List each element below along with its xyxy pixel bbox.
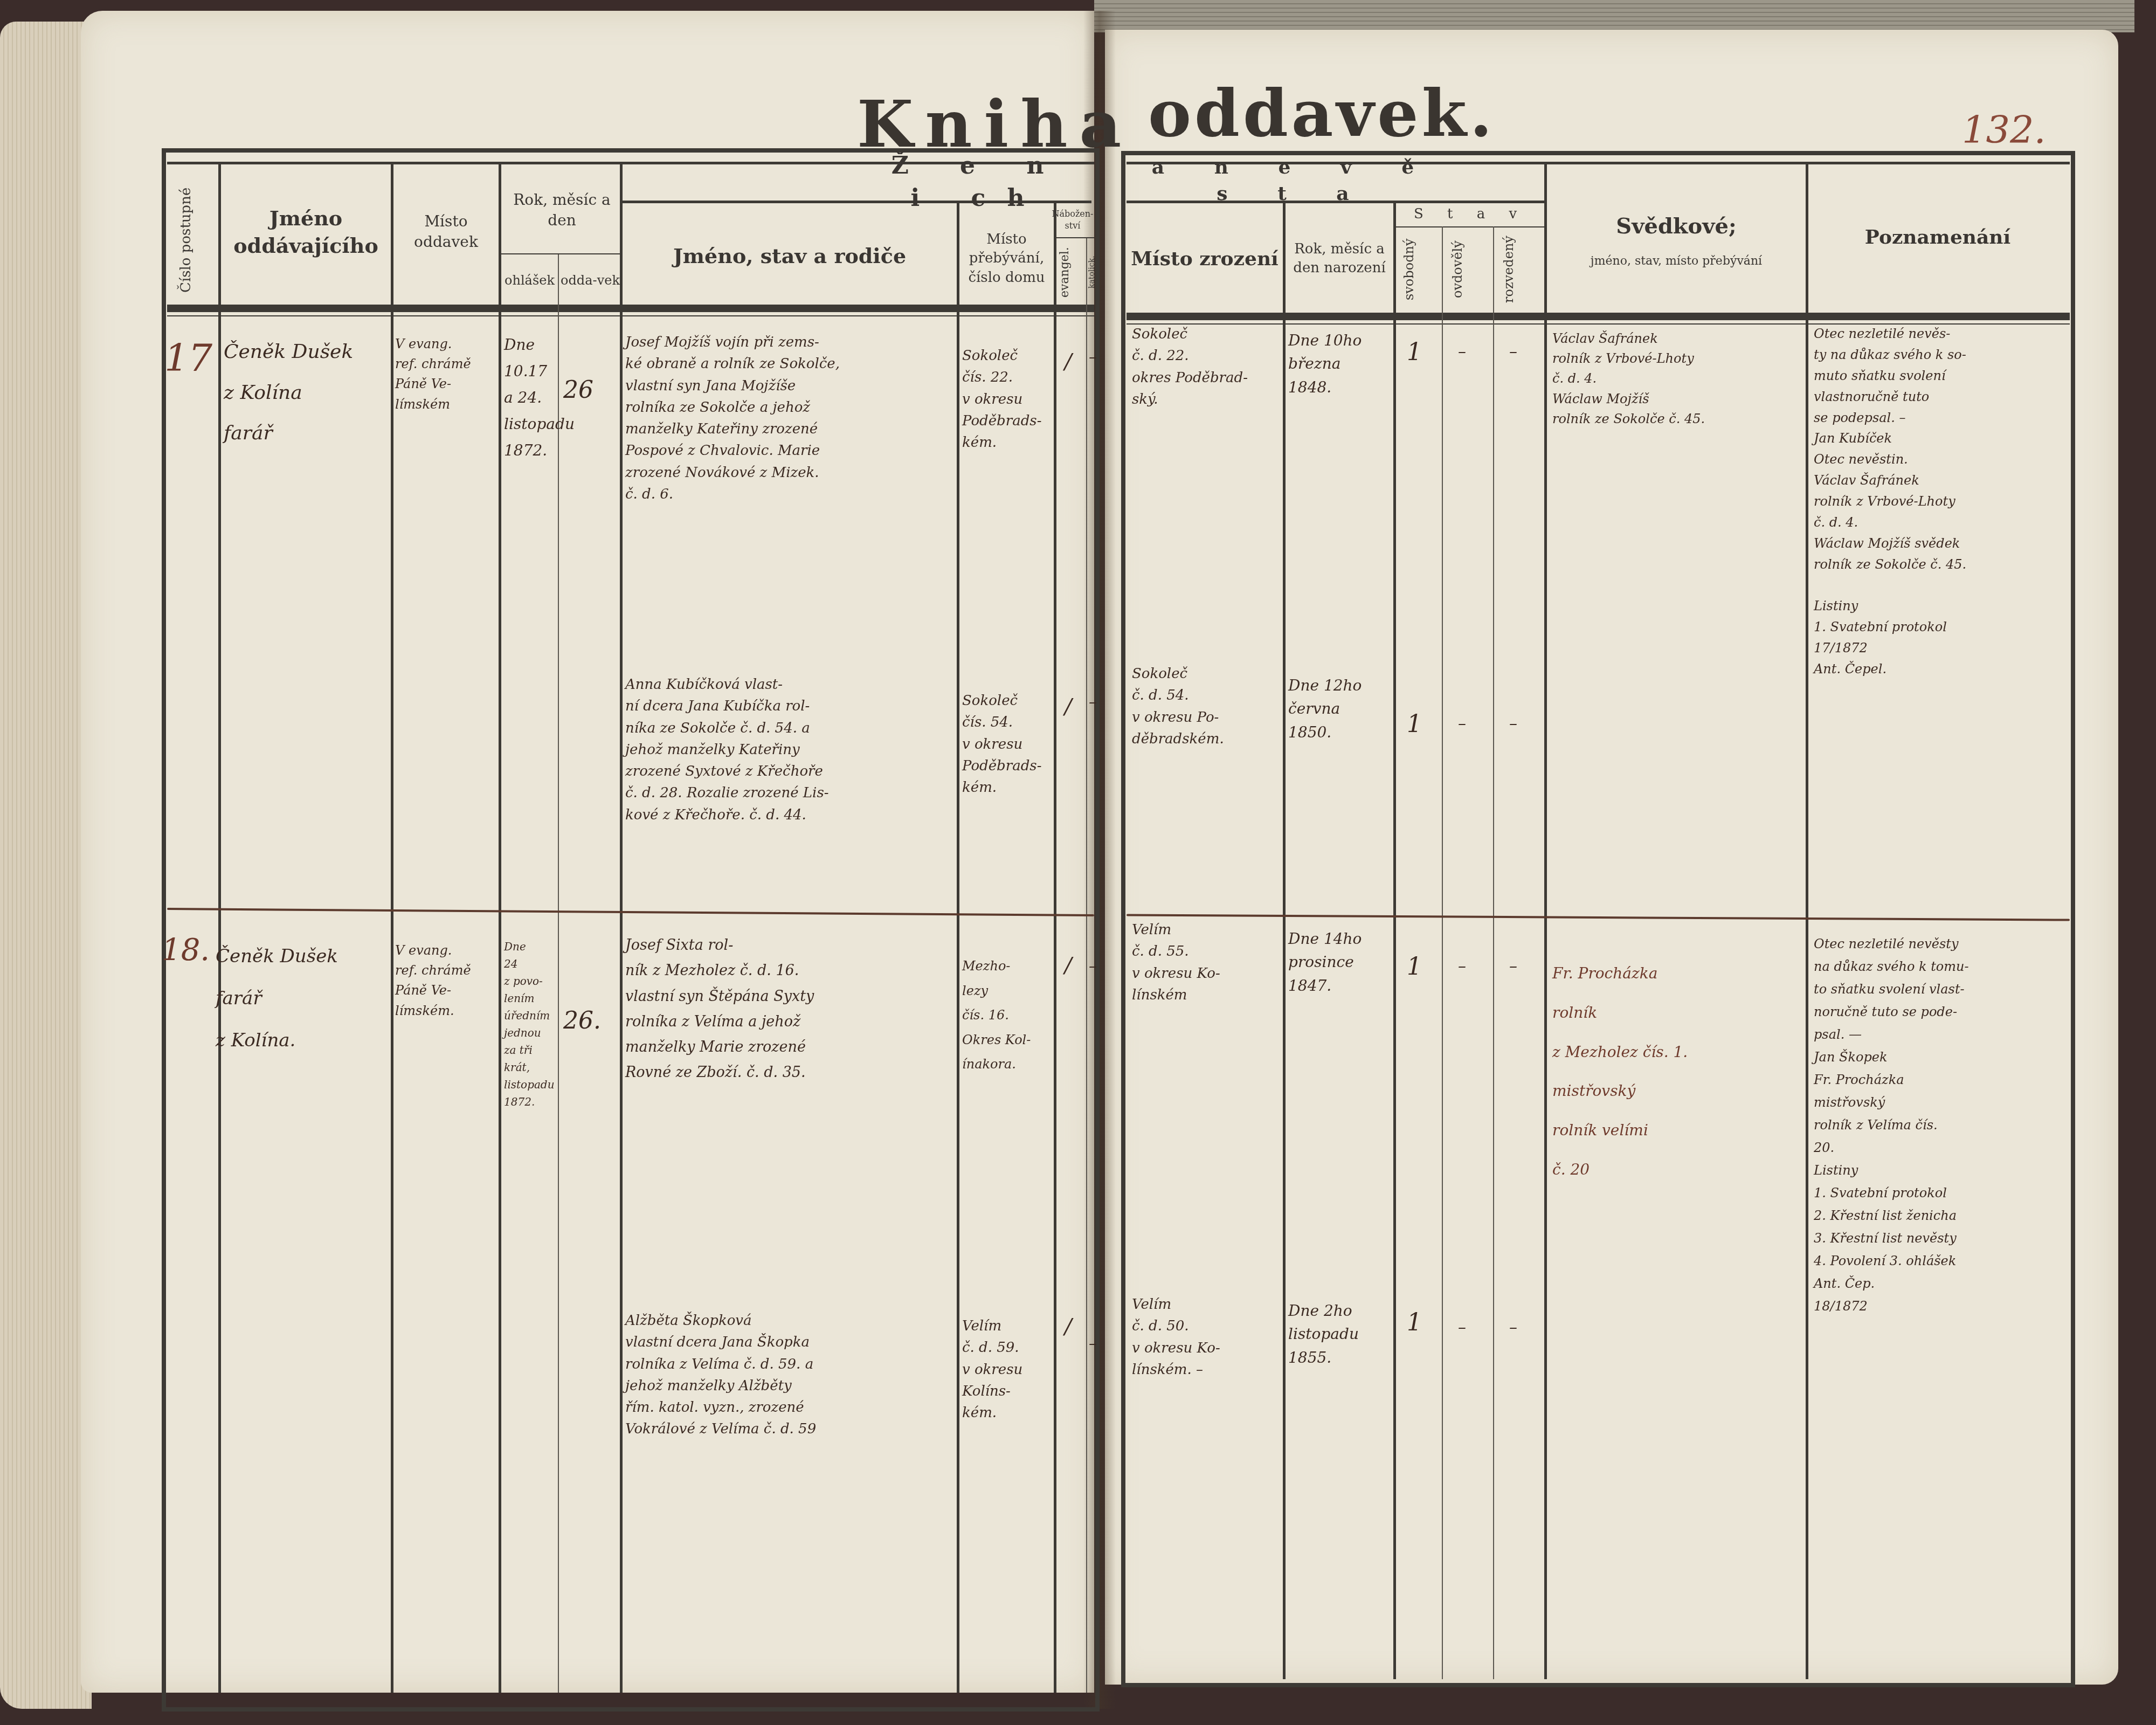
col-line [1806,162,1808,1679]
header-a-nevesta: a n e v ě s t a [1132,163,1455,198]
col-line [1442,226,1443,1679]
header-poznamenani: Poznamenání [1811,205,2064,270]
entry-17-bride-name: Anna Kubíčková vlast- ní dcera Jana Kubí… [625,674,954,826]
entry-17-witnesses: Václav Šafránek rolník z Vrbové-Lhoty č.… [1552,329,1803,429]
entry-18-bride-status-svobodny: 1 [1407,1305,1422,1341]
col-line [558,253,559,1693]
entry-17-bride-evangel: / [1065,690,1072,723]
entry-17-groom-residence: Sokoleč čís. 22. v okresu Poděbrads- kém… [962,345,1051,453]
entry-17-groom-status-ovdovely: – [1458,340,1466,365]
col-line [499,162,501,1693]
col-line [957,202,959,1693]
header-cislo-postupne: Číslo postupné [178,178,210,302]
header-bottom-rule-right [1127,313,2070,320]
entry-18-bride-katolick: – [1089,1331,1097,1357]
header-rok-mesic-den: Rok, měsíc a den [504,172,620,248]
entry-18-groom-status-ovdovely: – [1458,954,1466,979]
page-number: 132. [1962,108,2046,152]
entry-17-groom-name: Josef Mojžíš vojín při zems- ké obraně a… [625,332,954,505]
col-line [218,162,221,1693]
entry-17-wedding-day: 26 [563,372,593,409]
entry-18-groom-residence: Mezho- lezy čís. 16. Okres Kol- ínakora. [962,954,1051,1077]
header-rok-mesic-den-narozeni: Rok, měsíc a den narození [1288,210,1391,307]
header-ovdovely: ovdovělý [1450,232,1488,307]
header-jmeno-stav-rodice: Jméno, stav a rodiče [625,216,954,296]
entry-17-announcement-date: Dne 10.17 a 24. listopadu 1872. [504,332,558,464]
entry-17-bride-residence: Sokoleč čís. 54. v okresu Poděbrads- kém… [962,690,1051,798]
col-line [1544,162,1547,1679]
header-stav: S t a v [1396,202,1544,226]
entry-18-bride-name: Alžběta Škopková vlastní dcera Jana Škop… [625,1310,954,1440]
entry-18-groom-evangel: / [1065,949,1072,982]
header-svedkove-sub: jméno, stav, místo přebývání [1550,245,1803,278]
entry-17-remarks: Otec nezletilé nevěs- ty na důkaz svého … [1814,323,2067,680]
header-misto-prebyvani: Místo přebývání, číslo domu [962,216,1051,302]
entry-17-groom-katolick: – [1089,345,1097,370]
row-line [1054,237,1094,238]
header-zenich: Ž e n i ch [862,164,1094,199]
page-stack-top [1094,0,2134,32]
col-line [1393,202,1396,1679]
entry-17-number: 17 [164,329,212,388]
row-line [499,253,623,254]
entry-18-groom-katolick: – [1089,954,1097,979]
row-line [1393,226,1544,227]
header-ohlasek: ohlášek [501,259,558,302]
col-line [1086,237,1087,1693]
title-right: oddavek. [1148,75,1496,151]
entry-18-groom-status-rozvedeny: – [1509,954,1517,979]
header-evangel: evangel. [1058,243,1082,302]
col-line [1054,202,1056,1693]
header-svedkove: Svědkové; [1550,205,1803,248]
entry-18-groom-name: Josef Sixta rol- ník z Mezholez č. d. 16… [625,933,954,1086]
entry-18-number: 18. [162,927,210,974]
entry-18-bride-evangel: / [1065,1310,1072,1343]
entry-18-announcement-date: Dne 24 z povo- lením úředním jednou za t… [504,938,558,1110]
header-katolick: katolick. [1088,243,1094,302]
entry-17-groom-status-rozvedeny: – [1509,340,1517,365]
header-jmeno-oddavajiciho: Jméno oddávajícího [224,194,388,270]
entry-17-place: V evang. ref. chrámě Páně Ve- límském [395,334,497,415]
header-misto-zrozeni: Místo zrození [1129,210,1280,307]
entry-18-bride-birth-date: Dne 2ho listopadu 1855. [1288,1299,1391,1369]
header-oddavek: odda-vek [561,259,620,302]
col-line [391,162,393,1693]
entry-17-bride-katolick: – [1089,690,1097,715]
entry-17-bride-status-ovdovely: – [1458,712,1466,737]
entry-18-wedding-day: 26. [563,1003,601,1039]
col-line [1283,202,1286,1679]
entry-18-witnesses: Fr. Procházka rolník z Mezholez čís. 1. … [1552,954,1803,1190]
entry-18-bride-status-rozvedeny: – [1509,1315,1517,1341]
entry-17-groom-evangel: / [1065,345,1072,378]
entry-17-bride-status-rozvedeny: – [1509,712,1517,737]
entry-17-groom-birth-date: Dne 10ho března 1848. [1288,329,1391,399]
header-rozvedeny: rozvedený [1501,232,1539,307]
entry-18-bride-birth-place: Velím č. d. 50. v okresu Ko- línském. – [1132,1294,1283,1381]
col-line [620,162,623,1693]
entry-17-groom-birth-place: Sokoleč č. d. 22. okres Poděbrad- ský. [1132,323,1283,410]
header-svobodny: svobodný [1401,232,1439,307]
header-bottom-rule-left [167,305,1094,312]
entry-17-bride-birth-place: Sokoleč č. d. 54. v okresu Po- děbradské… [1132,663,1283,750]
entry-18-bride-status-ovdovely: – [1458,1315,1466,1341]
page-stack-left [0,22,92,1709]
entry-18-remarks: Otec nezletilé nevěsty na důkaz svého k … [1814,933,2067,1317]
entry-18-groom-birth-date: Dne 14ho prosince 1847. [1288,927,1391,997]
header-nabozenstvi: Nábožen-ství [1056,204,1089,236]
entry-18-place: V evang. ref. chrámě Páně Ve- límském. [395,941,497,1021]
entry-17-bride-birth-date: Dne 12ho června 1850. [1288,674,1391,744]
col-line [1493,226,1494,1679]
entry-17-officiant: Čeněk Dušek z Kolína farář [224,332,385,454]
entry-17-bride-status-svobodny: 1 [1407,706,1422,743]
entry-17-groom-status-svobodny: 1 [1407,334,1422,371]
entry-18-bride-residence: Velím č. d. 59. v okresu Kolíns- kém. [962,1315,1051,1424]
entry-18-officiant: Čeněk Dušek farář z Kolína. [216,935,388,1062]
header-bottom-thin-left [167,315,1094,316]
entry-18-groom-birth-place: Velím č. d. 55. v okresu Ko- línském [1132,919,1283,1006]
entry-18-groom-status-svobodny: 1 [1407,949,1422,985]
header-misto-oddavek: Místo oddavek [396,194,496,270]
